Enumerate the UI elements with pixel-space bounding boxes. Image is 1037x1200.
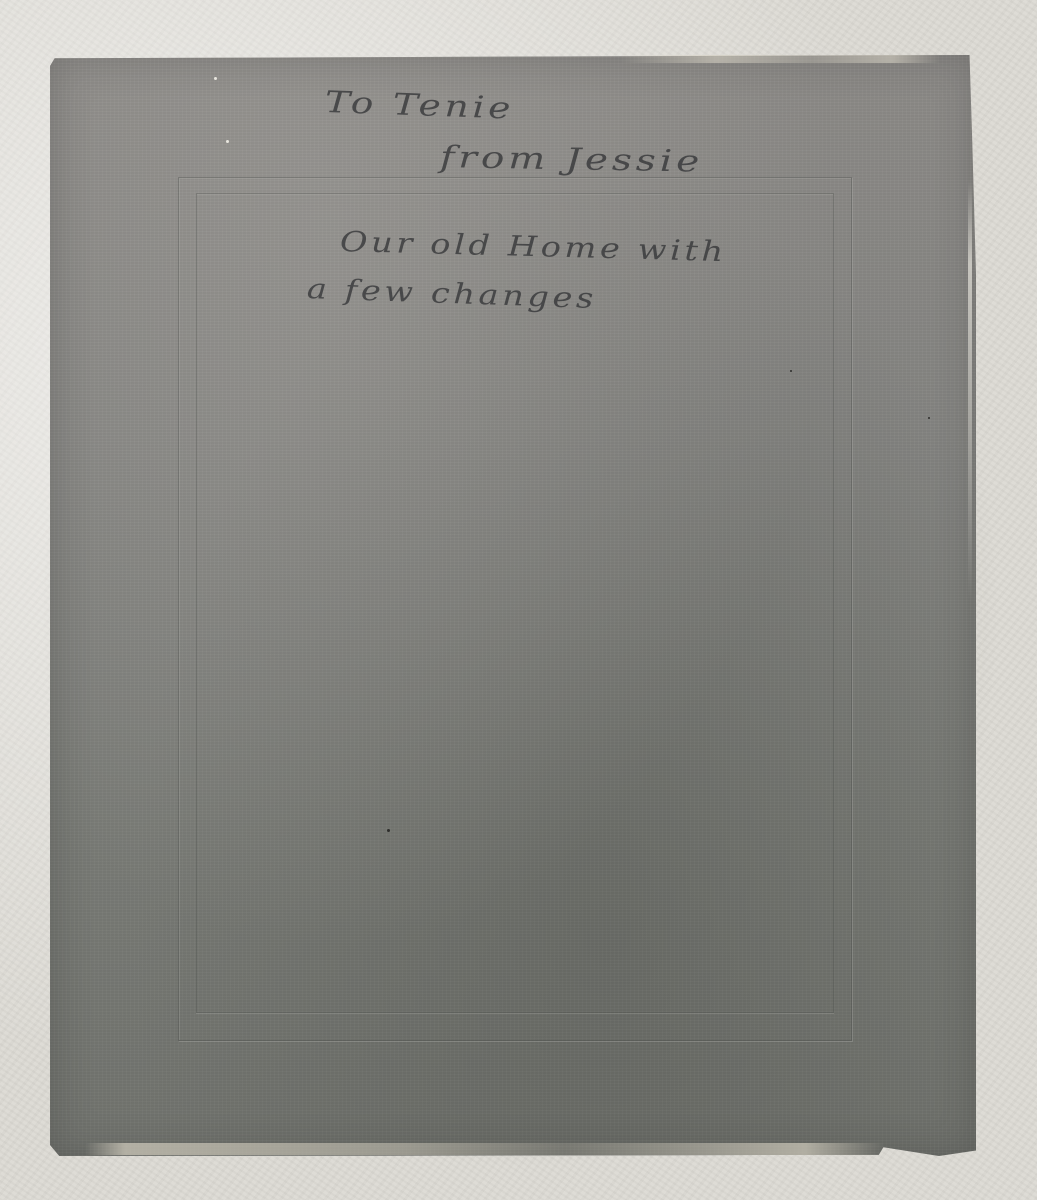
- handwritten-dedication-from: from Jessie: [440, 140, 704, 180]
- paper-speck: [226, 140, 229, 143]
- paper-speck: [790, 370, 792, 372]
- handwritten-dedication-to: To Tenie: [324, 85, 514, 127]
- top-edge-wear: [620, 55, 940, 63]
- paper-speck: [214, 77, 217, 80]
- right-edge-wear: [968, 180, 972, 600]
- paper-speck: [387, 829, 390, 832]
- bottom-edge-wear: [85, 1143, 885, 1155]
- paper-speck: [928, 417, 930, 419]
- embossed-frame-inner: [196, 193, 834, 1013]
